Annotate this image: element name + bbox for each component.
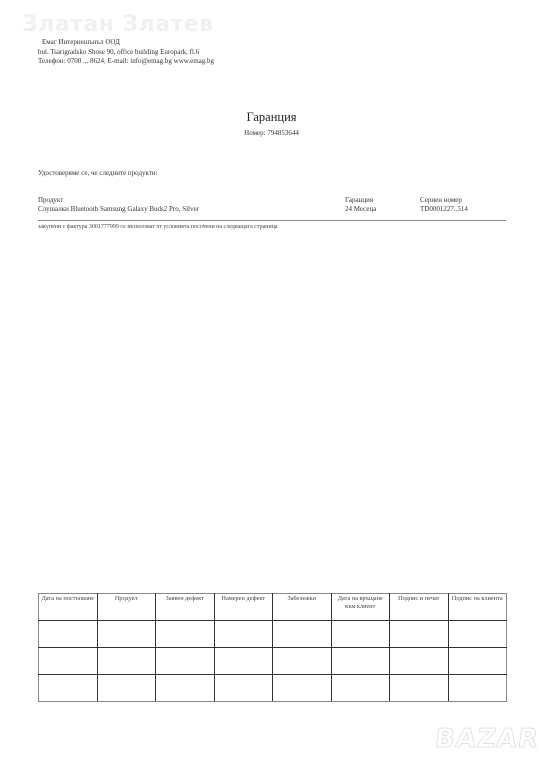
table-cell <box>273 621 332 648</box>
header-date-returned: Дата на връщане към клиент <box>331 594 390 621</box>
warranty-header: Гаранция <box>345 196 415 205</box>
product-header: Продукт <box>38 196 328 205</box>
header-found-defect: Намерен дефект <box>214 594 273 621</box>
table-cell <box>273 675 332 702</box>
header-reported-defect: Заявен дефект <box>156 594 215 621</box>
table-cell <box>331 621 390 648</box>
serial-header: Сериен номер <box>420 196 520 205</box>
company-address: bul. Tsarigradsko Shose 90, office build… <box>38 48 214 58</box>
table-cell <box>390 675 449 702</box>
table-cell <box>156 621 215 648</box>
serial-value: TD0001227..514 <box>420 205 520 214</box>
table-cell <box>390 621 449 648</box>
table-row <box>39 675 507 702</box>
table-cell <box>156 675 215 702</box>
table-cell <box>214 675 273 702</box>
table-row <box>39 621 507 648</box>
company-name: Емаг Интернешънъл ООД <box>38 38 214 48</box>
intro-text: Удостоверяме се, че следните продукти: <box>38 169 158 177</box>
bazar-logo-watermark: BAZAR <box>433 724 541 754</box>
table-cell <box>156 648 215 675</box>
table-cell <box>97 648 156 675</box>
table-row <box>39 648 507 675</box>
company-contacts: Телефон: 0700 ... 8624, E-mail: info@ema… <box>38 57 214 67</box>
footnote-text: закупени с фактура 3001777999 се възполз… <box>38 224 278 230</box>
product-column: Продукт Слушалки Bluetooth Samsung Galax… <box>38 196 328 214</box>
table-cell <box>214 621 273 648</box>
document-number: Номер: 794853644 <box>0 129 543 137</box>
table-cell <box>448 648 507 675</box>
section-divider <box>38 220 506 221</box>
header-product: Продукт <box>97 594 156 621</box>
product-name: Слушалки Bluetooth Samsung Galaxy Buds2 … <box>38 205 328 214</box>
document-title: Гаранция <box>0 110 543 125</box>
header-date-received: Дата на постъпване <box>39 594 98 621</box>
serial-column: Сериен номер TD0001227..514 <box>420 196 520 214</box>
table-cell <box>214 648 273 675</box>
table-cell <box>331 648 390 675</box>
service-table-header-row: Дата на постъпване Продукт Заявен дефект… <box>39 594 507 621</box>
table-cell <box>97 621 156 648</box>
header-notes: Забележки <box>273 594 332 621</box>
table-cell <box>273 648 332 675</box>
service-table: Дата на постъпване Продукт Заявен дефект… <box>38 593 507 702</box>
table-cell <box>390 648 449 675</box>
table-cell <box>97 675 156 702</box>
table-cell <box>39 621 98 648</box>
table-cell <box>448 675 507 702</box>
header-client-signature: Подпис на клиента <box>448 594 507 621</box>
table-cell <box>39 648 98 675</box>
table-cell <box>331 675 390 702</box>
company-info: Емаг Интернешънъл ООД bul. Tsarigradsko … <box>38 38 214 67</box>
warranty-column: Гаранция 24 Месеца <box>345 196 415 214</box>
warranty-value: 24 Месеца <box>345 205 415 214</box>
header-signature-stamp: Подпис и печат <box>390 594 449 621</box>
seller-watermark: Златан Златев <box>22 12 214 37</box>
table-cell <box>448 621 507 648</box>
table-cell <box>39 675 98 702</box>
